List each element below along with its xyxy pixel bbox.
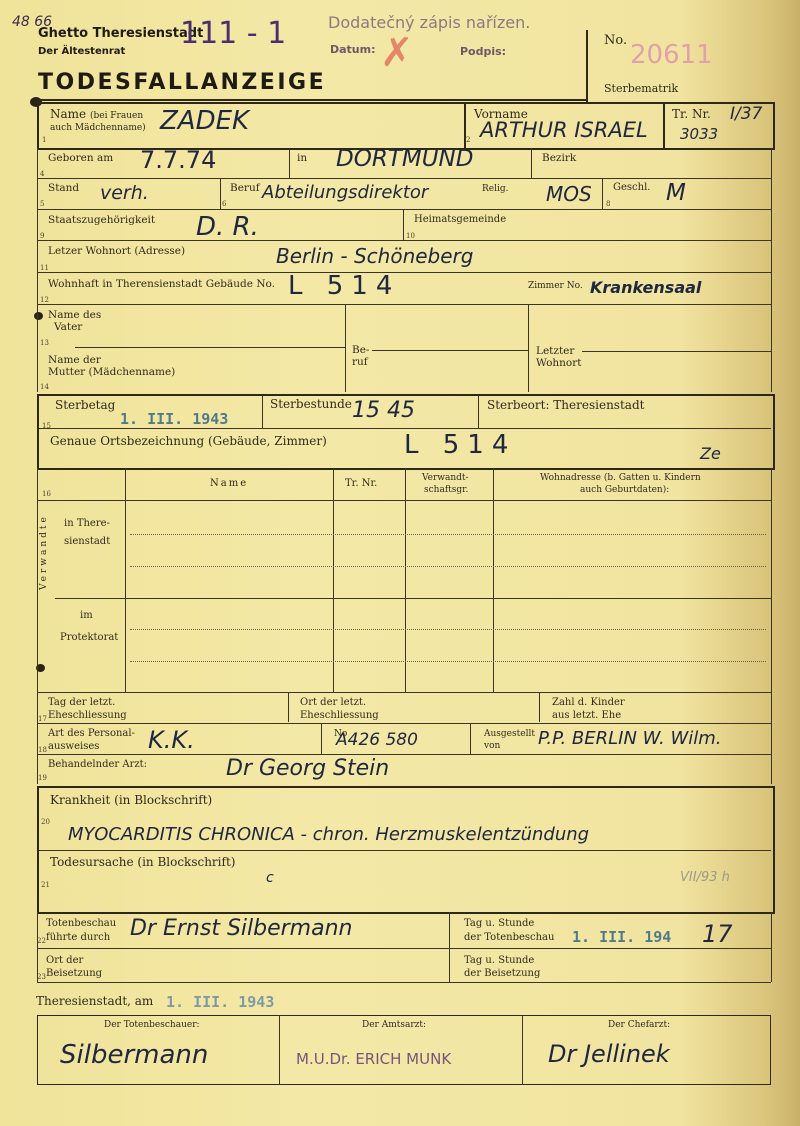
divider — [289, 148, 290, 178]
divider — [345, 304, 346, 392]
group-theresienstadt: in There- — [64, 518, 110, 530]
group-theresienstadt-sub: sienstadt — [64, 536, 110, 548]
row-number: 15 — [42, 420, 51, 432]
divider — [478, 396, 479, 428]
divider — [405, 468, 406, 692]
row-number: 13 — [40, 337, 49, 349]
zimmer-label: Zimmer No. — [528, 280, 583, 292]
right-border — [771, 148, 772, 392]
wohnhaft-label: Wohnhaft in Therensienstadt Gebäude No. — [48, 278, 275, 290]
divider — [403, 209, 404, 240]
wohnort-label: Letzer Wohnort (Adresse) — [48, 245, 185, 257]
divider — [75, 347, 345, 348]
beisetzung-tag-label: Tag u. Stunde — [464, 955, 534, 967]
divider — [372, 350, 528, 351]
ort-ehe-label: Ort der letzt. — [300, 697, 366, 709]
totenbeschau-label: Totenbeschau — [46, 918, 116, 930]
staats-label: Staatszugehörigkeit — [48, 214, 155, 226]
divider — [37, 948, 771, 949]
divider — [37, 304, 771, 305]
vater-label-sub: Vater — [54, 321, 82, 333]
sterbestunde-label: Sterbestunde — [270, 398, 352, 410]
issue-date-stamp: 1. III. 1943 — [166, 993, 274, 1011]
divider — [288, 692, 289, 722]
amendment-stamp: Dodatečný zápis nařízen. — [328, 14, 530, 32]
sig-totenbeschauer-label: Der Totenbeschauer: — [104, 1019, 200, 1031]
beisetzung-ort-label-sub: Beisetzung — [46, 968, 102, 980]
trnr-label: Tr. Nr. — [672, 108, 711, 120]
col-verw-header-sub: schaftsgr. — [424, 484, 468, 496]
ausgestellt-label: Ausgestellt — [484, 728, 535, 740]
row-number: 21 — [41, 879, 50, 891]
handwritten-ref: 111 - 1 — [180, 16, 286, 51]
right-border — [771, 912, 772, 982]
ausweis-label: Art des Personal- — [48, 728, 135, 740]
divider — [586, 30, 588, 102]
beisetzung-tag-label-sub: der Beisetzung — [464, 968, 540, 980]
divider — [539, 692, 540, 722]
transport-number[interactable]: I/37 — [730, 104, 762, 124]
bezirk-label: Bezirk — [542, 152, 576, 164]
religion-field[interactable]: MOS — [546, 182, 592, 206]
datum-label: Datum: — [330, 44, 376, 56]
col-trnr-header: Tr. Nr. — [345, 478, 377, 490]
divider — [39, 850, 771, 851]
row-number: 20 — [41, 816, 50, 828]
id-type-field[interactable]: K.K. — [148, 726, 195, 754]
org-council: Der Ältestenrat — [38, 46, 125, 58]
divider — [528, 304, 529, 392]
relative-entry-line[interactable] — [130, 629, 766, 630]
left-border — [37, 692, 38, 784]
tag-ehe-label-sub: Eheschliessung — [48, 710, 127, 722]
relig-label: Relig. — [482, 183, 508, 195]
sig-chefarzt-label: Der Chefarzt: — [608, 1019, 670, 1031]
row-number: 1 — [42, 134, 46, 146]
sterbetag-label: Sterbetag — [55, 399, 115, 411]
ortsbez-label: Genaue Ortsbezeichnung (Gebäude, Zimmer) — [50, 435, 327, 447]
examiner-field[interactable]: Dr Ernst Silbermann — [130, 916, 352, 941]
stand-label: Stand — [48, 182, 79, 194]
sig-chefarzt: Dr Jellinek — [548, 1040, 670, 1068]
org-name: Ghetto Theresienstadt — [38, 28, 203, 40]
no-label: No. — [604, 33, 627, 48]
left-border — [37, 148, 38, 392]
surname-field[interactable]: ZADEK — [160, 106, 249, 136]
physician-field[interactable]: Dr Georg Stein — [226, 756, 389, 781]
divider — [37, 178, 771, 179]
red-pencil-mark: ✗ — [380, 30, 414, 76]
divider — [37, 723, 771, 724]
marital-status-field[interactable]: verh. — [100, 182, 149, 204]
mutter-label: Name der — [48, 354, 101, 366]
divider — [279, 1015, 280, 1085]
row-number: 22 — [37, 935, 46, 947]
in-label: in — [297, 152, 307, 164]
divider — [449, 912, 450, 982]
room-field[interactable]: Krankensaal — [590, 278, 701, 297]
todesursache-label: Todesursache (in Blockschrift) — [50, 856, 235, 868]
relatives-side-label: Verwandte — [38, 514, 50, 590]
right-border — [771, 692, 772, 784]
divider — [38, 99, 586, 101]
name-label-sub: auch Mädchenname) — [50, 122, 146, 134]
illness-field[interactable]: MYOCARDITIS CHRONICA - chron. Herzmuskel… — [68, 824, 589, 845]
last-address-field[interactable]: Berlin - Schöneberg — [276, 244, 473, 268]
divider — [321, 723, 322, 754]
death-location-field[interactable]: L 514 — [404, 430, 516, 460]
divider — [262, 396, 263, 428]
vater-label: Name des — [48, 309, 101, 321]
col-wohn-header: Wohnadresse (b. Gatten u. Kindern — [540, 472, 701, 484]
divider — [220, 178, 221, 209]
cause-of-death-field[interactable]: c — [266, 870, 274, 886]
divider — [663, 102, 665, 148]
form-title: TODESFALLANZEIGE — [38, 70, 326, 96]
divider — [333, 468, 334, 692]
beruf2-label-sub: ruf — [352, 356, 368, 368]
geschl-label: Geschl. — [613, 182, 650, 194]
clerk-initials: Ze — [700, 444, 721, 463]
row-number: 2 — [466, 134, 470, 146]
col-wohn-header-sub: auch Geburtdaten): — [580, 484, 669, 496]
group-protektorat: im — [80, 610, 93, 622]
beruf2-label: Be- — [352, 344, 369, 356]
row-number: 19 — [38, 772, 47, 784]
podpis-label: Podpis: — [460, 46, 506, 58]
heimat-label: Heimatsgemeinde — [414, 214, 506, 226]
occupation-field[interactable]: Abteilungsdirektor — [262, 182, 428, 203]
row-number: 14 — [40, 381, 49, 393]
divider — [531, 148, 532, 178]
death-hour-field[interactable]: 15 45 — [352, 398, 415, 423]
divider — [37, 982, 771, 983]
totenbeschau-label-sub: führte durch — [46, 932, 110, 944]
relative-entry-line[interactable] — [130, 661, 766, 662]
kinder-label-sub: aus letzt. Ehe — [552, 710, 621, 722]
divider — [522, 1015, 523, 1085]
register-number: 20611 — [630, 40, 713, 70]
death-date-stamp: 1. III. 1943 — [120, 410, 228, 428]
ausweis-label-sub: ausweises — [48, 741, 99, 753]
group-protektorat-sub: Protektorat — [60, 632, 118, 644]
citizenship-field[interactable]: D. R. — [196, 212, 259, 242]
tag-ehe-label: Tag der letzt. — [48, 697, 115, 709]
mutter-label-sub: Mutter (Mädchenname) — [48, 366, 175, 378]
sig-totenbeschauer: Silbermann — [60, 1040, 208, 1070]
divider — [493, 468, 494, 692]
punch-hole — [34, 312, 43, 320]
ort-ehe-label-sub: Eheschliessung — [300, 710, 379, 722]
relative-entry-line[interactable] — [130, 534, 766, 535]
issued-by-field[interactable]: P.P. BERLIN W. Wilm. — [538, 728, 722, 749]
name-label: Name (bei Frauen — [50, 108, 143, 122]
row-number: 16 — [42, 488, 51, 500]
divider — [39, 428, 771, 429]
divider — [37, 500, 771, 501]
beruf-label: Beruf — [230, 182, 260, 194]
arzt-label: Behandelnder Arzt: — [48, 759, 147, 771]
sterbeort-label: Sterbeort: Theresienstadt — [487, 399, 644, 411]
divider — [470, 723, 471, 754]
inspection-date-stamp: 1. III. 194 — [572, 928, 671, 946]
divider — [37, 692, 771, 693]
place-date-label: Theresienstadt, am — [36, 995, 153, 1007]
letzter-label: Letzter — [536, 345, 574, 357]
letzter-label-sub: Wohnort — [536, 357, 582, 369]
transport-sequence[interactable]: 3033 — [680, 125, 718, 143]
ausgestellt-label-sub: von — [484, 740, 500, 752]
sig-amtsarzt-label: Der Amtsarzt: — [362, 1019, 426, 1031]
kinder-label: Zahl d. Kinder — [552, 697, 625, 709]
tag-beschau-label: Tag u. Stunde — [464, 918, 534, 930]
amtsarzt-stamp: M.U.Dr. ERICH MUNK — [296, 1050, 451, 1068]
sterbematrik-label: Sterbematrik — [604, 83, 678, 95]
sex-field[interactable]: M — [666, 180, 686, 206]
geboren-label: Geboren am — [48, 152, 113, 164]
divider — [37, 209, 771, 210]
divider — [55, 598, 771, 599]
krankheit-label: Krankheit (in Blockschrift) — [50, 794, 212, 806]
pencil-note: VII/93 h — [680, 870, 730, 885]
inspection-hour-field[interactable]: 17 — [702, 920, 733, 948]
firstname-field[interactable]: ARTHUR ISRAEL — [480, 118, 648, 142]
divider — [37, 240, 771, 241]
divider — [125, 468, 126, 692]
divider — [602, 178, 603, 209]
relative-entry-line[interactable] — [130, 566, 766, 567]
birthplace-field[interactable]: DORTMUND — [336, 146, 473, 172]
tag-beschau-label-sub: der Totenbeschau — [464, 932, 554, 944]
right-border — [771, 468, 772, 694]
birthdate-field[interactable]: 7.7.74 — [140, 146, 216, 174]
id-number-field[interactable]: A426 580 — [336, 730, 418, 750]
divider — [582, 351, 771, 352]
col-verw-header: Verwandt- — [422, 472, 469, 484]
col-name-header: Name — [210, 478, 248, 490]
divider — [37, 272, 771, 273]
building-field[interactable]: L 514 — [288, 271, 400, 301]
divider — [37, 754, 771, 755]
beisetzung-ort-label: Ort der — [46, 955, 83, 967]
